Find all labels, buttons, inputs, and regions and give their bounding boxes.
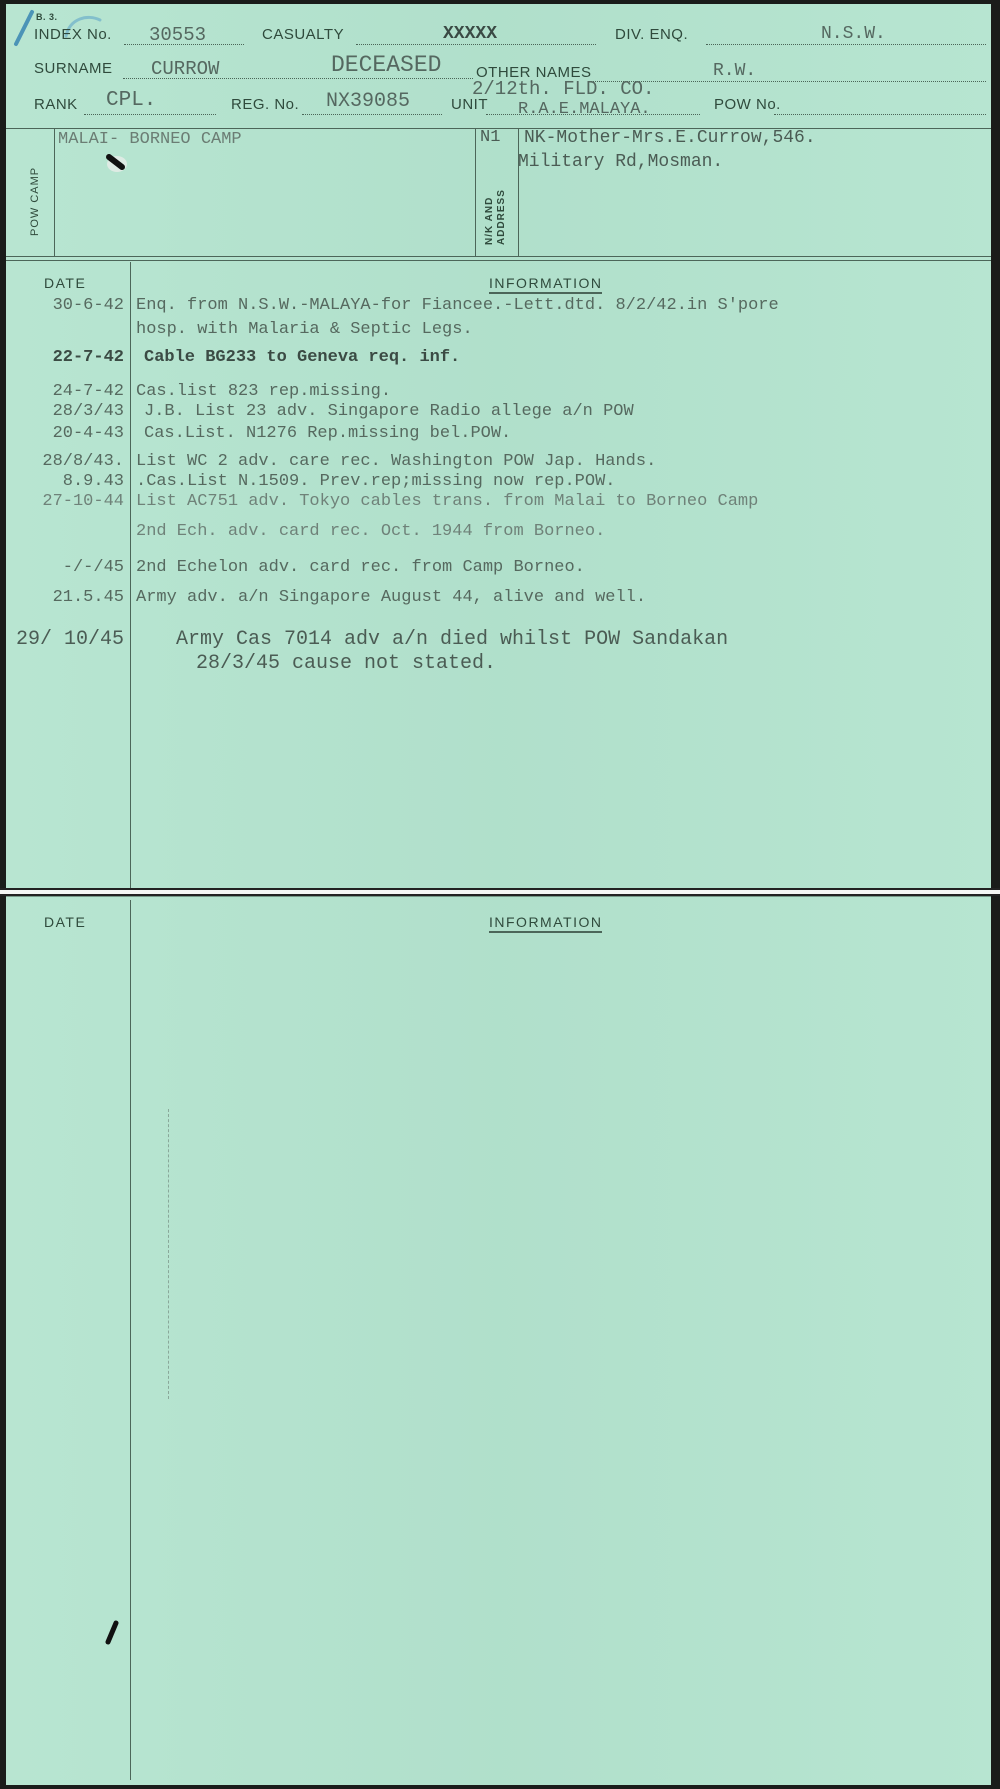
entry-text: List AC751 adv. Tokyo cables trans. from…: [136, 492, 758, 511]
entry-text: Cable BG233 to Geneva req. inf.: [144, 348, 460, 367]
casualty-value: XXXXX: [443, 24, 497, 44]
entry-text: Army Cas 7014 adv a/n died whilst POW Sa…: [176, 628, 728, 651]
entry-date: 29/ 10/45: [16, 628, 124, 651]
pen-stroke-mark-icon: [102, 1620, 122, 1646]
pow-no-label: POW No.: [714, 96, 781, 113]
reg-no-label: REG. No.: [231, 96, 299, 113]
entry-text: J.B. List 23 adv. Singapore Radio allege…: [144, 402, 634, 421]
entry-text: 2nd Ech. adv. card rec. Oct. 1944 from B…: [136, 522, 605, 541]
casualty-status-overtype: DECEASED: [331, 52, 441, 78]
pow-camp-label: POW CAMP: [29, 167, 41, 236]
entry-text: hosp. with Malaria & Septic Legs.: [136, 320, 473, 339]
nok-address-line1: NK-Mother-Mrs.E.Currow,546.: [524, 128, 816, 148]
unit-value-line1: 2/12th. FLD. CO.: [472, 78, 654, 100]
nok-label-line2: ADDRESS: [496, 189, 507, 245]
rank-value: CPL.: [106, 89, 156, 112]
entry-text: 28/3/45 cause not stated.: [196, 652, 496, 675]
entry-text: List WC 2 adv. care rec. Washington POW …: [136, 452, 656, 471]
surname-value: CURROW: [151, 58, 219, 80]
form-code: B. 3.: [36, 12, 58, 22]
entry-text: Enq. from N.S.W.-MALAYA-for Fiancee.-Let…: [136, 296, 779, 315]
entry-date: -/-/45: [63, 558, 124, 577]
entry-date: 22-7-42: [53, 348, 124, 367]
date-column-header: DATE: [44, 275, 86, 291]
div-enq-label: DIV. ENQ.: [615, 26, 688, 43]
reg-no-dots: [302, 114, 442, 115]
information-entry: 20-4-43Cas.List. N1276 Rep.missing bel.P…: [6, 424, 991, 446]
reverse-information-column-header: INFORMATION: [489, 914, 602, 933]
pow-no-dots: [774, 114, 986, 115]
entry-date: 8.9.43: [63, 472, 124, 491]
casualty-label: CASUALTY: [262, 26, 344, 43]
information-entry: 22-7-42Cable BG233 to Geneva req. inf.: [6, 348, 991, 370]
entry-date: 21.5.45: [53, 588, 124, 607]
information-entry: 28/3/43J.B. List 23 adv. Singapore Radio…: [6, 402, 991, 424]
box-rule-1: [6, 256, 991, 257]
pow-camp-value: MALAI- BORNEO CAMP: [58, 130, 242, 149]
nok-divider-right: [518, 128, 519, 256]
rank-dots: [84, 114, 216, 115]
entry-date: 27-10-44: [42, 492, 124, 511]
information-entry: 2nd Ech. adv. card rec. Oct. 1944 from B…: [6, 522, 991, 544]
entry-text: Cas.list 823 rep.missing.: [136, 382, 391, 401]
information-entry: 28/3/45 cause not stated.: [6, 652, 991, 674]
surname-label: SURNAME: [34, 60, 113, 77]
information-entry: -/-/452nd Echelon adv. card rec. from Ca…: [6, 558, 991, 580]
index-no-label: INDEX No.: [34, 26, 112, 43]
ink-blot-icon: [104, 151, 130, 177]
information-entry: 30-6-42Enq. from N.S.W.-MALAYA-for Fianc…: [6, 296, 991, 318]
nok-label-line1: N/K AND: [484, 197, 495, 245]
entry-text: Cas.List. N1276 Rep.missing bel.POW.: [144, 424, 511, 443]
nok-address-line2: Military Rd,Mosman.: [518, 152, 723, 172]
card-separator: [0, 888, 1000, 896]
pow-camp-divider: [54, 128, 55, 256]
information-entry: 28/8/43.List WC 2 adv. care rec. Washing…: [6, 452, 991, 474]
entry-date: 28/8/43.: [42, 452, 124, 471]
entry-date: 30-6-42: [53, 296, 124, 315]
entry-date: 24-7-42: [53, 382, 124, 401]
rank-label: RANK: [34, 96, 78, 113]
unit-value-line2: R.A.E.MALAYA.: [518, 100, 651, 119]
div-enq-dots: [706, 44, 986, 45]
nok-code: N1: [480, 128, 500, 147]
information-entry: 24-7-42Cas.list 823 rep.missing.: [6, 382, 991, 404]
entry-date: 28/3/43: [53, 402, 124, 421]
entry-text: .Cas.List N.1509. Prev.rep;missing now r…: [136, 472, 615, 491]
entry-text: 2nd Echelon adv. card rec. from Camp Bor…: [136, 558, 585, 577]
reverse-date-column-divider: [130, 900, 131, 1780]
reg-no-value: NX39085: [326, 90, 410, 113]
casualty-dots: [356, 44, 596, 45]
other-names-value: R.W.: [713, 61, 756, 81]
information-column-header: INFORMATION: [489, 275, 602, 294]
reverse-date-column-header: DATE: [44, 914, 86, 930]
information-entry: 21.5.45Army adv. a/n Singapore August 44…: [6, 588, 991, 610]
information-entry: 27-10-44List AC751 adv. Tokyo cables tra…: [6, 492, 991, 514]
entry-text: Army adv. a/n Singapore August 44, alive…: [136, 588, 646, 607]
information-entry: 29/ 10/45Army Cas 7014 adv a/n died whil…: [6, 628, 991, 650]
index-card-reverse: DATE INFORMATION: [6, 896, 991, 1785]
index-card-front: B. 3. INDEX No. 30553 CASUALTY XXXXX DIV…: [6, 4, 991, 888]
reverse-top-edge: [6, 896, 991, 897]
div-enq-value: N.S.W.: [821, 24, 886, 44]
nok-divider-left: [475, 128, 476, 256]
faint-guide-line: [168, 1109, 169, 1399]
entry-date: 20-4-43: [53, 424, 124, 443]
information-entry: hosp. with Malaria & Septic Legs.: [6, 320, 991, 342]
information-entry: 8.9.43.Cas.List N.1509. Prev.rep;missing…: [6, 472, 991, 494]
index-no-value: 30553: [149, 24, 206, 46]
box-rule-2: [6, 260, 991, 261]
